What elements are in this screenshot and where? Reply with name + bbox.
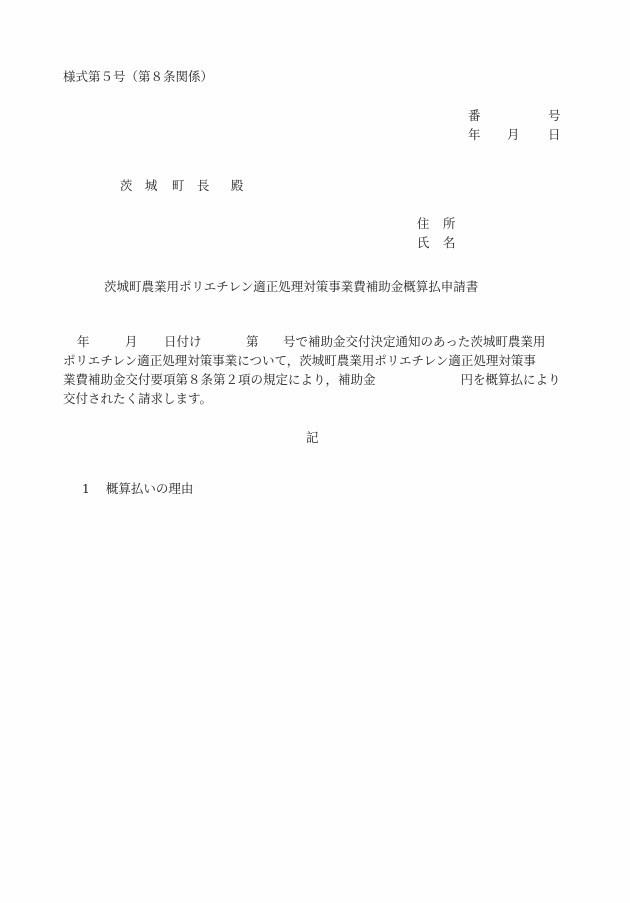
applicant-name-label: 氏名 <box>401 224 455 262</box>
addressee-char: 長 <box>197 180 231 193</box>
item-number: 1 <box>82 483 106 496</box>
body-month: 月 <box>125 336 164 349</box>
body-paragraph: 年月日付け第号で補助金交付決定通知のあった茨城町農業用 ポリエチレン適正処理対策… <box>63 336 568 412</box>
addressee-char: 城 <box>145 180 172 193</box>
form-number: 様式第５号（第８条関係） <box>63 71 213 84</box>
body-day-suffix: 日付け <box>164 336 246 349</box>
date-month-label: 月 <box>507 129 520 142</box>
document-page: 様式第５号（第８条関係） 番 号 年 月 日 茨城町長殿 住所 氏名 茨城町農業… <box>0 0 630 903</box>
addressee-honorific: 殿 <box>231 180 244 193</box>
body-line-3-after: 円を概算払により <box>461 372 561 387</box>
name-label-char: 名 <box>443 237 456 250</box>
body-line-4: 交付されたく請求します。 <box>63 393 568 412</box>
ki-heading: 記 <box>306 432 319 445</box>
body-line-1-rest: 号で補助金交付決定通知のあった茨城町農業用 <box>283 336 545 349</box>
reference-number-suffix: 号 <box>548 110 561 123</box>
date-year-label: 年 <box>468 129 481 142</box>
reference-number-label: 番 <box>468 110 481 123</box>
body-dai: 第 <box>246 336 283 349</box>
body-year: 年 <box>77 336 125 349</box>
item-label: 概算払いの理由 <box>106 481 194 496</box>
addressee: 茨城町長殿 <box>104 167 243 205</box>
name-label-char: 氏 <box>417 237 443 250</box>
body-line-3-before: 業費補助金交付要項第８条第２項の規定により，補助金 <box>63 372 376 387</box>
addressee-char: 町 <box>172 180 197 193</box>
date-day-label: 日 <box>548 129 561 142</box>
addressee-char: 茨 <box>120 180 145 193</box>
document-title: 茨城町農業用ポリエチレン適正処理対策事業費補助金概算払申請書 <box>104 281 478 294</box>
item-1: 1概算払いの理由 <box>66 470 193 508</box>
